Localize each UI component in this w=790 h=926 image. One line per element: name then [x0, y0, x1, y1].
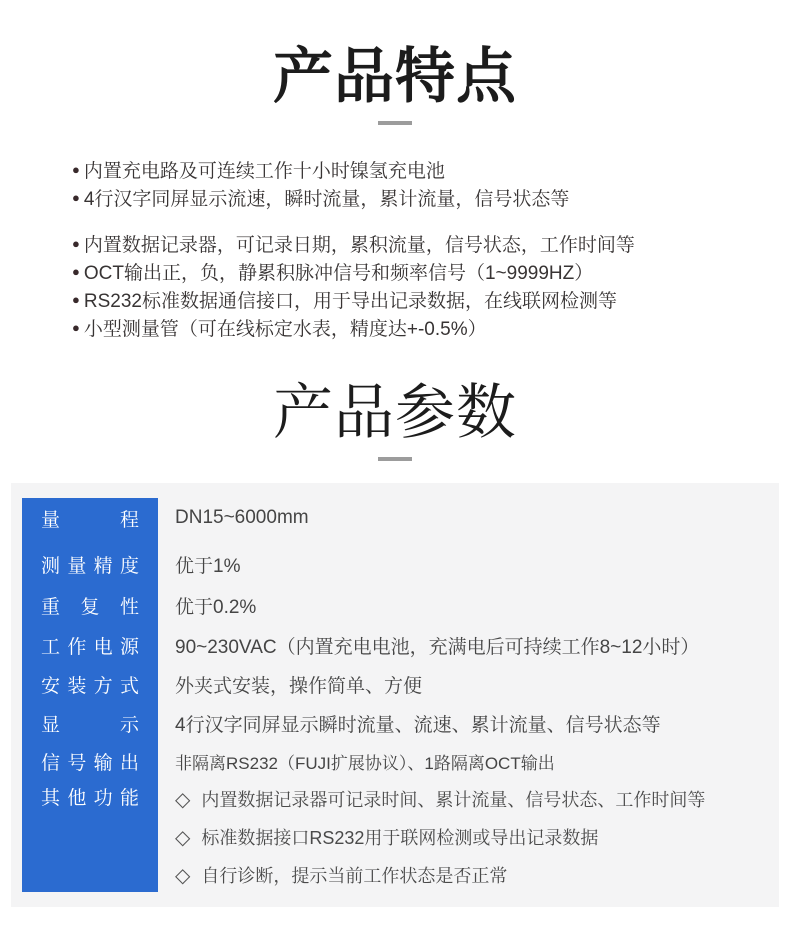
other-function-item: ◇ 自行诊断，提示当前工作状态是否正常	[175, 856, 705, 894]
feature-text: 内置充电路及可连续工作十小时镍氢充电池	[84, 156, 445, 183]
table-row-signal-output: 信号输出 非隔离RS232（FUJI扩展协议）、1路隔离OCT输出	[22, 742, 779, 780]
product-detail-page: 产品特点 ● 内置充电路及可连续工作十小时镍氢充电池 ● 4行汉字同屏显示流速，…	[0, 0, 790, 926]
row-label: 安装方式	[22, 671, 158, 698]
feature-item: ● RS232标准数据通信接口，用于导出记录数据，在线联网检测等	[72, 285, 790, 313]
other-function-text: 标准数据接口RS232用于联网检测或导出记录数据	[201, 824, 598, 850]
diamond-icon: ◇	[175, 825, 190, 850]
row-label: 重复性	[22, 592, 158, 619]
other-function-text: 内置数据记录器可记录时间、累计流量、信号状态、工作时间等	[201, 786, 705, 812]
other-function-text: 自行诊断，提示当前工作状态是否正常	[201, 862, 507, 888]
diamond-icon: ◇	[175, 787, 190, 812]
bullet-icon: ●	[72, 264, 80, 279]
title-underline	[378, 121, 412, 125]
row-label: 显示	[22, 710, 158, 737]
row-value: 4行汉字同屏显示瞬时流量、流速、累计流量、信号状态等	[175, 710, 661, 737]
feature-text: 4行汉字同屏显示流速，瞬时流量，累计流量，信号状态等	[84, 184, 570, 211]
feature-item: ● 内置数据记录器，可记录日期，累积流量，信号状态，工作时间等	[72, 229, 790, 257]
features-list-2: ● 内置数据记录器，可记录日期，累积流量，信号状态，工作时间等 ● OCT输出正…	[72, 229, 790, 341]
bullet-icon: ●	[72, 320, 80, 335]
bullet-icon: ●	[72, 190, 80, 205]
feature-text: 内置数据记录器，可记录日期，累积流量，信号状态，工作时间等	[84, 230, 635, 257]
row-label: 工作电源	[22, 632, 158, 659]
row-label: 测量精度	[22, 551, 158, 578]
title-underline	[378, 457, 412, 461]
feature-item: ● 4行汉字同屏显示流速，瞬时流量，累计流量，信号状态等	[72, 183, 790, 211]
row-value: 优于0.2%	[175, 592, 256, 619]
feature-item: ● 小型测量管（可在线标定水表，精度达+-0.5%）	[72, 313, 790, 341]
row-value: 90~230VAC（内置充电电池，充满电后可持续工作8~12小时）	[175, 632, 699, 659]
table-row-power: 工作电源 90~230VAC（内置充电电池，充满电后可持续工作8~12小时）	[22, 625, 779, 665]
bullet-icon: ●	[72, 236, 80, 251]
bullet-icon: ●	[72, 292, 80, 307]
features-title: 产品特点	[0, 45, 790, 108]
row-value: 外夹式安装，操作简单、方便	[175, 671, 422, 698]
row-label: 信号输出	[22, 748, 158, 775]
feature-item: ● OCT输出正，负，静累积脉冲信号和频率信号（1~9999HZ）	[72, 257, 790, 285]
other-function-item: ◇ 标准数据接口RS232用于联网检测或导出记录数据	[175, 818, 705, 856]
feature-text: 小型测量管（可在线标定水表，精度达+-0.5%）	[84, 314, 487, 341]
feature-text: RS232标准数据通信接口，用于导出记录数据，在线联网检测等	[84, 286, 617, 313]
row-value: DN15~6000mm	[175, 507, 309, 529]
table-row-installation: 安装方式 外夹式安装，操作简单、方便	[22, 665, 779, 704]
diamond-icon: ◇	[175, 863, 190, 888]
table-row-display: 显示 4行汉字同屏显示瞬时流量、流速、累计流量、信号状态等	[22, 704, 779, 742]
other-functions-list: ◇ 内置数据记录器可记录时间、累计流量、信号状态、工作时间等 ◇ 标准数据接口R…	[175, 780, 705, 894]
parameters-section: 产品参数 量程 DN15~6000mm 测量精度 优于1% 重复性 优于0.2%	[0, 341, 790, 907]
table-row-range: 量程 DN15~6000mm	[22, 493, 779, 543]
parameters-table: 量程 DN15~6000mm 测量精度 优于1% 重复性 优于0.2% 工作电源…	[11, 483, 779, 907]
parameters-rows: 量程 DN15~6000mm 测量精度 优于1% 重复性 优于0.2% 工作电源…	[11, 483, 779, 894]
table-row-repeatability: 重复性 优于0.2%	[22, 585, 779, 625]
parameters-title: 产品参数	[0, 381, 790, 444]
bullet-icon: ●	[72, 162, 80, 177]
other-function-item: ◇ 内置数据记录器可记录时间、累计流量、信号状态、工作时间等	[175, 780, 705, 818]
feature-item: ● 内置充电路及可连续工作十小时镍氢充电池	[72, 155, 790, 183]
table-row-other-functions: 其他功能 ◇ 内置数据记录器可记录时间、累计流量、信号状态、工作时间等 ◇ 标准…	[22, 780, 779, 894]
table-row-accuracy: 测量精度 优于1%	[22, 543, 779, 585]
row-label: 量程	[22, 505, 158, 532]
row-value: 非隔离RS232（FUJI扩展协议）、1路隔离OCT输出	[175, 749, 555, 774]
feature-text: OCT输出正，负，静累积脉冲信号和频率信号（1~9999HZ）	[84, 258, 593, 285]
row-label: 其他功能	[22, 780, 158, 818]
features-section: 产品特点 ● 内置充电路及可连续工作十小时镍氢充电池 ● 4行汉字同屏显示流速，…	[0, 0, 790, 341]
row-value: 优于1%	[175, 551, 240, 578]
features-list-1: ● 内置充电路及可连续工作十小时镍氢充电池 ● 4行汉字同屏显示流速，瞬时流量，…	[72, 155, 790, 211]
